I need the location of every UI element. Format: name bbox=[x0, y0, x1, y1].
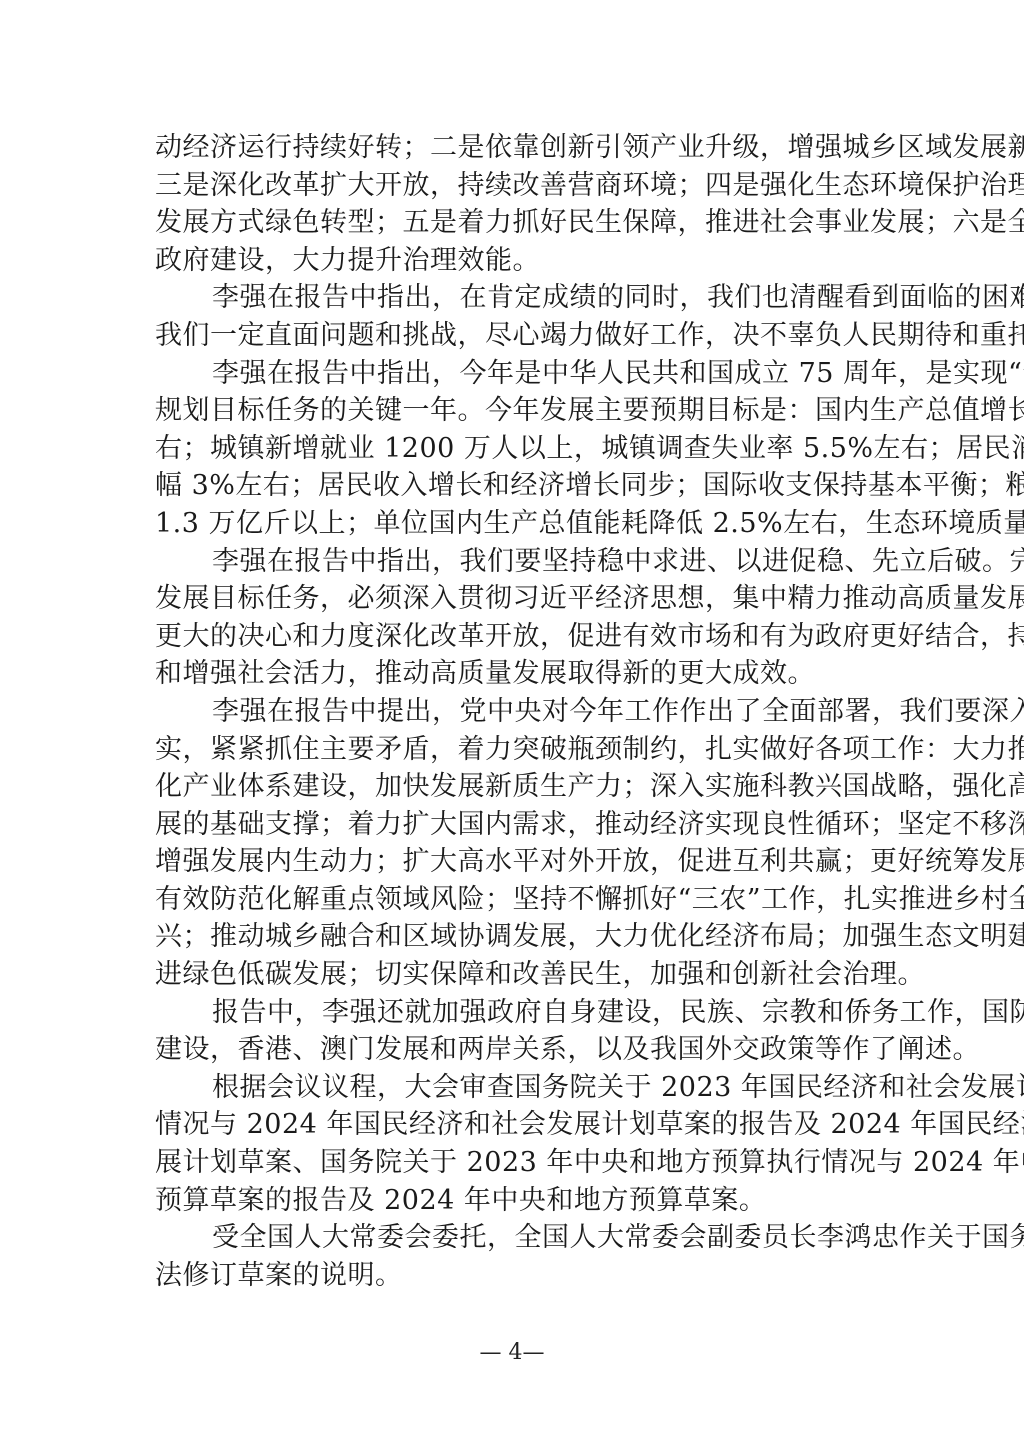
paragraph: 李强在报告中提出，党中央对今年工作作出了全面部署，我们要深入贯彻落实，紧紧抓住主… bbox=[155, 693, 871, 994]
text-line: 李强在报告中指出，今年是中华人民共和国成立 75 周年，是实现“十四五” bbox=[155, 355, 871, 393]
text-line: 报告中，李强还就加强政府自身建设，民族、宗教和侨务工作，国防和军队 bbox=[155, 994, 871, 1032]
text-line: 受全国人大常委会委托，全国人大常委会副委员长李鸿忠作关于国务院组织 bbox=[155, 1219, 871, 1257]
text-line: 更大的决心和力度深化改革开放，促进有效市场和有为政府更好结合，持续激发 bbox=[155, 618, 871, 656]
text-line: 有效防范化解重点领域风险；坚持不懈抓好“三农”工作，扎实推进乡村全面振 bbox=[155, 881, 871, 919]
text-line: 规划目标任务的关键一年。今年发展主要预期目标是：国内生产总值增长 5%左 bbox=[155, 392, 871, 430]
text-line: 预算草案的报告及 2024 年中央和地方预算草案。 bbox=[155, 1182, 871, 1220]
text-line: 化产业体系建设，加快发展新质生产力；深入实施科教兴国战略，强化高质量发 bbox=[155, 768, 871, 806]
text-line: 建设，香港、澳门发展和两岸关系，以及我国外交政策等作了阐述。 bbox=[155, 1031, 871, 1069]
text-line: 和增强社会活力，推动高质量发展取得新的更大成效。 bbox=[155, 655, 871, 693]
text-line: 根据会议议程，大会审查国务院关于 2023 年国民经济和社会发展计划执行 bbox=[155, 1069, 871, 1107]
text-line: 展的基础支撑；着力扩大国内需求，推动经济实现良性循环；坚定不移深化改革， bbox=[155, 806, 871, 844]
text-line: 我们一定直面问题和挑战，尽心竭力做好工作，决不辜负人民期待和重托。 bbox=[155, 317, 871, 355]
text-line: 情况与 2024 年国民经济和社会发展计划草案的报告及 2024 年国民经济和社… bbox=[155, 1106, 871, 1144]
text-line: 三是深化改革扩大开放，持续改善营商环境；四是强化生态环境保护治理，加快 bbox=[155, 167, 871, 205]
paragraph: 报告中，李强还就加强政府自身建设，民族、宗教和侨务工作，国防和军队建设，香港、澳… bbox=[155, 994, 871, 1069]
paragraph: 动经济运行持续好转；二是依靠创新引领产业升级，增强城乡区域发展新动能；三是深化改… bbox=[155, 129, 871, 279]
text-line: 1.3 万亿斤以上；单位国内生产总值能耗降低 2.5%左右，生态环境质量持续改善… bbox=[155, 505, 871, 543]
text-line: 李强在报告中指出，我们要坚持稳中求进、以进促稳、先立后破。完成今年 bbox=[155, 543, 871, 581]
text-line: 增强发展内生动力；扩大高水平对外开放，促进互利共赢；更好统筹发展和安全， bbox=[155, 843, 871, 881]
paragraph: 受全国人大常委会委托，全国人大常委会副委员长李鸿忠作关于国务院组织法修订草案的说… bbox=[155, 1219, 871, 1294]
text-line: 发展方式绿色转型；五是着力抓好民生保障，推进社会事业发展；六是全面加强 bbox=[155, 204, 871, 242]
text-line: 幅 3%左右；居民收入增长和经济增长同步；国际收支保持基本平衡；粮食产量 bbox=[155, 467, 871, 505]
text-line: 进绿色低碳发展；切实保障和改善民生，加强和创新社会治理。 bbox=[155, 956, 871, 994]
paragraph: 李强在报告中指出，在肯定成绩的同时，我们也清醒看到面临的困难和挑战。我们一定直面… bbox=[155, 279, 871, 354]
text-line: 政府建设，大力提升治理效能。 bbox=[155, 242, 871, 280]
text-line: 发展目标任务，必须深入贯彻习近平经济思想，集中精力推动高质量发展。要以 bbox=[155, 580, 871, 618]
text-line: 法修订草案的说明。 bbox=[155, 1257, 871, 1295]
paragraph: 李强在报告中指出，我们要坚持稳中求进、以进促稳、先立后破。完成今年发展目标任务，… bbox=[155, 543, 871, 693]
paragraph: 李强在报告中指出，今年是中华人民共和国成立 75 周年，是实现“十四五”规划目标… bbox=[155, 355, 871, 543]
paragraph: 根据会议议程，大会审查国务院关于 2023 年国民经济和社会发展计划执行情况与 … bbox=[155, 1069, 871, 1219]
text-line: 李强在报告中提出，党中央对今年工作作出了全面部署，我们要深入贯彻落 bbox=[155, 693, 871, 731]
page-number: — 4— bbox=[0, 1340, 1024, 1365]
text-line: 兴；推动城乡融合和区域协调发展，大力优化经济布局；加强生态文明建设，推 bbox=[155, 918, 871, 956]
text-line: 实，紧紧抓住主要矛盾，着力突破瓶颈制约，扎实做好各项工作：大力推进现代 bbox=[155, 731, 871, 769]
text-line: 动经济运行持续好转；二是依靠创新引领产业升级，增强城乡区域发展新动能； bbox=[155, 129, 871, 167]
text-line: 展计划草案、国务院关于 2023 年中央和地方预算执行情况与 2024 年中央和… bbox=[155, 1144, 871, 1182]
text-line: 李强在报告中指出，在肯定成绩的同时，我们也清醒看到面临的困难和挑战。 bbox=[155, 279, 871, 317]
text-line: 右；城镇新增就业 1200 万人以上，城镇调查失业率 5.5%左右；居民消费价格… bbox=[155, 430, 871, 468]
document-body: 动经济运行持续好转；二是依靠创新引领产业升级，增强城乡区域发展新动能；三是深化改… bbox=[155, 129, 871, 1294]
